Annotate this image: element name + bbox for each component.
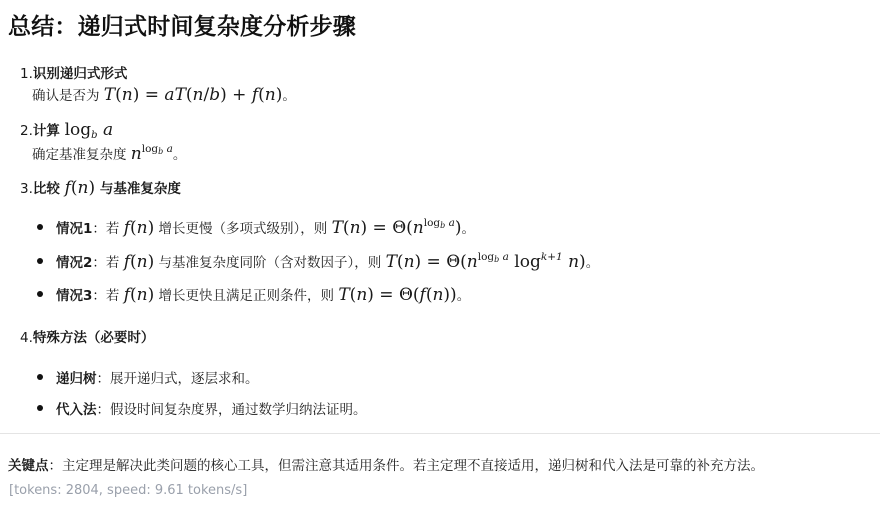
- recurrence-formula: T(n) = aT(n/b) + f(n): [104, 85, 283, 105]
- step-2-description: 确定基准复杂度 nlogb a。: [32, 143, 186, 164]
- key-point-label: 关键点: [8, 458, 49, 474]
- case-3-formula: T(n) = Θ(f(n)): [338, 285, 456, 305]
- divider: [0, 433, 880, 434]
- step-3-heading: 3.比较 f(n) 与基准复杂度: [20, 177, 181, 198]
- step-2-heading: 2.计算 logb a: [20, 119, 113, 140]
- token-stats: [tokens: 2804, speed: 9.61 tokens/s]: [9, 483, 247, 498]
- bullet-icon: [37, 224, 43, 230]
- method-substitution: 代入法：假设时间复杂度界，通过数学归纳法证明。: [37, 398, 367, 418]
- page-title: 总结：递归式时间复杂度分析步骤: [8, 8, 356, 41]
- response-page: 总结：递归式时间复杂度分析步骤 1.识别递归式形式 确认是否为 T(n) = a…: [0, 0, 880, 509]
- baseline-complexity-formula: nlogb a: [131, 144, 173, 164]
- bullet-icon: [37, 291, 43, 297]
- bullet-icon: [37, 405, 43, 411]
- case-2-item: 情况2：若 f(n) 与基准复杂度同阶（含对数因子），则 T(n) = Θ(nl…: [37, 251, 599, 272]
- case-3-item: 情况3：若 f(n) 增长更快且满足正则条件，则 T(n) = Θ(f(n))。: [37, 284, 470, 305]
- case-1-formula: T(n) = Θ(nlogb a): [332, 218, 462, 238]
- desc-text: 确认是否为: [32, 88, 104, 104]
- method-recursion-tree: 递归树：展开递归式，逐层求和。: [37, 367, 259, 387]
- bullet-icon: [37, 258, 43, 264]
- step-4-heading: 4.特殊方法（必要时）: [20, 326, 154, 346]
- step-number: 1.: [20, 66, 33, 82]
- key-point: 关键点：主定理是解决此类问题的核心工具，但需注意其适用条件。若主定理不直接适用，…: [8, 454, 764, 474]
- bullet-icon: [37, 374, 43, 380]
- case-1-item: 情况1：若 f(n) 增长更慢（多项式级别），则 T(n) = Θ(nlogb …: [37, 217, 475, 238]
- step-1-description: 确认是否为 T(n) = aT(n/b) + f(n)。: [32, 84, 296, 105]
- step-title: 识别递归式形式: [33, 66, 128, 82]
- key-point-text: ：主定理是解决此类问题的核心工具，但需注意其适用条件。若主定理不直接适用，递归树…: [49, 458, 765, 474]
- step-1-heading: 1.识别递归式形式: [20, 62, 127, 82]
- log-b-a-math: logb a: [65, 120, 114, 140]
- case-2-formula: T(n) = Θ(nlogb a logk+1 n): [386, 252, 586, 272]
